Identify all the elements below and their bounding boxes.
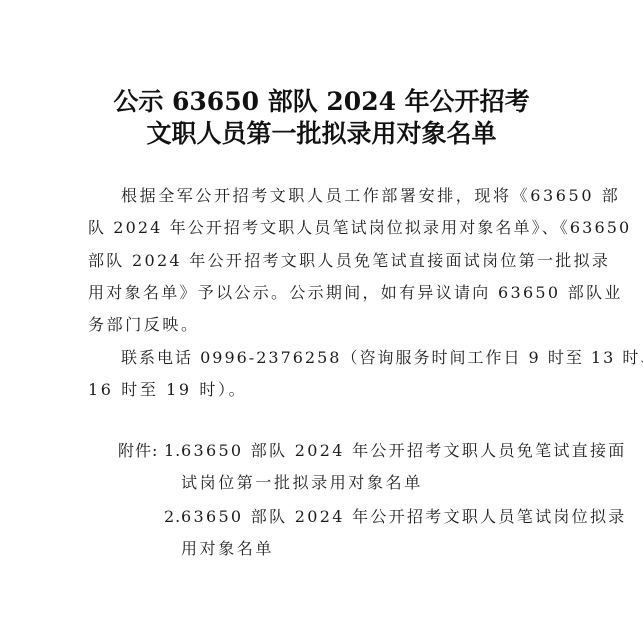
paragraph-1-line: 队 2024 年公开招考文职人员笔试岗位拟录用对象名单》、《63650 [88,218,631,238]
attachment-number: 2. [164,507,181,527]
paragraph-1-line: 根据全军公开招考文职人员工作部署安排，现将《63650 部 [121,186,620,206]
document-title-line-1: 公示 63650 部队 2024 年公开招考 [0,86,643,118]
document-title-line-2: 文职人员第一批拟录用对象名单 [0,118,643,150]
attachment-title-line: 试岗位第一批拟录用对象名单 [181,473,423,493]
paragraph-1-line: 用对象名单》予以公示。公示期间，如有异议请向 63650 部队业 [88,283,623,303]
attachment-number: 1. [164,441,181,461]
attachment-title-line: 用对象名单 [181,539,274,559]
attachment-title-line: 63650 部队 2024 年公开招考文职人员笔试岗位拟录 [181,507,627,527]
contact-line: 联系电话 0996-2376258（咨询服务时间工作日 9 时至 13 时、 [121,348,643,368]
contact-line: 16 时至 19 时）。 [88,380,247,400]
paragraph-1-line: 部队 2024 年公开招考文职人员免笔试直接面试岗位第一批拟录 [88,251,610,271]
paragraph-1-line: 务部门反映。 [88,315,200,335]
attachments-label: 附件: [118,441,158,461]
attachment-title-line: 63650 部队 2024 年公开招考文职人员免笔试直接面 [181,441,627,461]
